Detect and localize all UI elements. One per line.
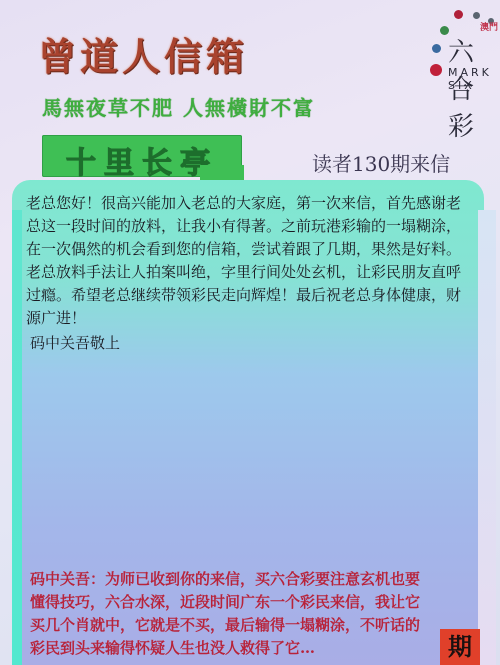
logo-dot-icon (430, 64, 442, 76)
page-title: 曾道人信箱 (38, 26, 248, 81)
issue-label: 读者130期来信 (312, 148, 450, 177)
letter-body: 老总您好！很高兴能加入老总的大家庭，第一次来信，首先感谢老总这一段时间的放料，让… (26, 192, 470, 330)
period-badge: 期 (440, 629, 480, 665)
mark-six-logo: 澳門 六合彩 MARK SIX (362, 4, 500, 82)
reply-text: 码中关吾：为师已收到你的来信，买六合彩要注意玄机也要懂得技巧，六合水深，近段时间… (30, 568, 430, 660)
logo-dot-icon (454, 10, 463, 19)
slogan: 馬無夜草不肥 人無橫財不富 (42, 92, 315, 121)
tag-label: 十里长亭 (66, 138, 218, 182)
logo-dot-icon (432, 44, 441, 53)
logo-dot-icon (473, 12, 480, 19)
letter-signature: 码中关吾敬上 (30, 332, 470, 353)
logo-name-en: MARK SIX (448, 66, 500, 92)
